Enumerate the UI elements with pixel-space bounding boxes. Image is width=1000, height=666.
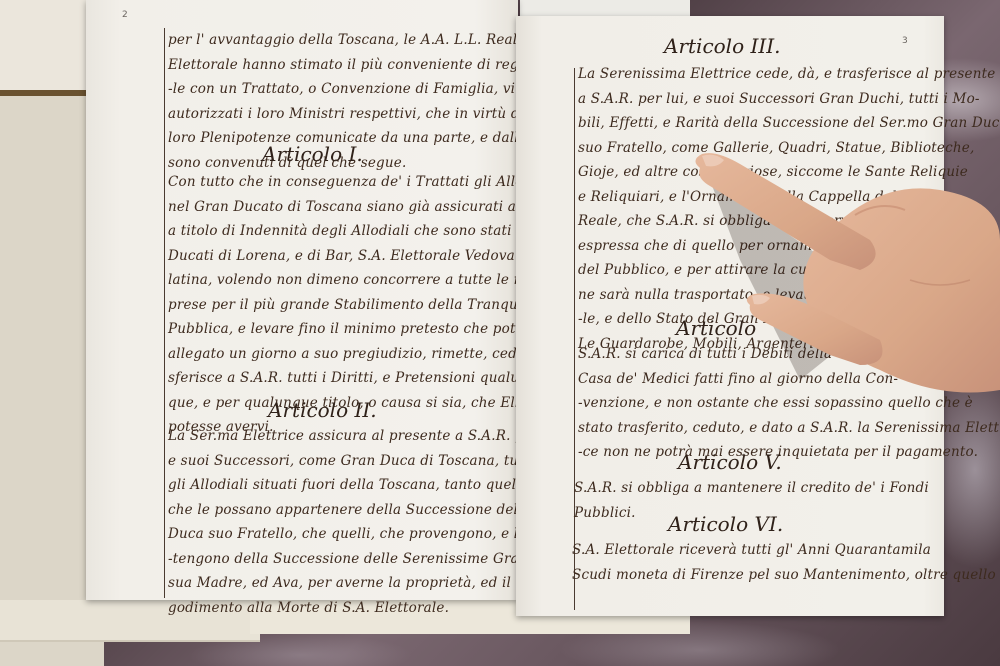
- intro-paragraph: per l' avvantaggio della Toscana, le A.A…: [168, 28, 563, 175]
- text-line: loro Plenipotenze comunicate da una part…: [168, 126, 563, 151]
- page-number: 2: [122, 10, 128, 20]
- text-line: per l' avvantaggio della Toscana, le A.A…: [168, 28, 563, 53]
- text-line: Scudi moneta di Firenze pel suo Mantenim…: [572, 563, 996, 588]
- text-line: La Serenissima Elettrice cede, dà, e tra…: [578, 62, 1000, 87]
- text-line: -ce non ne potrà mai essere inquietata p…: [578, 440, 1000, 465]
- text-line: S.A. Elettorale riceverà tutti gl' Anni …: [572, 538, 996, 563]
- article-body: S.A. Elettorale riceverà tutti gl' Anni …: [572, 538, 996, 587]
- article-heading: Articolo VI.: [668, 512, 783, 536]
- text-line: -le con un Trattato, o Convenzione di Fa…: [168, 77, 563, 102]
- page-number: 3: [902, 36, 908, 46]
- text-line: stato trasferito, ceduto, e dato a S.A.R…: [578, 416, 1000, 441]
- loose-sheet-top: [520, 0, 690, 16]
- article-heading: Articolo III.: [664, 34, 781, 58]
- margin-rule: [164, 28, 165, 598]
- manuscript-left-page: 2 per l' avvantaggio della Toscana, le A…: [86, 0, 518, 600]
- text-line: S.A.R. si obbliga a mantenere il credito…: [574, 476, 929, 501]
- text-line: bili, Effetti, e Rarità della Succession…: [578, 111, 1000, 136]
- text-line: Elettorale hanno stimato il più convenie…: [168, 53, 563, 78]
- margin-rule: [574, 68, 575, 610]
- article-heading: Articolo I.: [262, 142, 363, 166]
- article-heading: Articolo V.: [678, 450, 782, 474]
- article-heading: Articolo II.: [268, 398, 377, 422]
- text-line: a S.A.R. per lui, e suoi Successori Gran…: [578, 87, 1000, 112]
- pointing-hand-icon: [680, 140, 1000, 400]
- text-line: autorizzati i loro Ministri respettivi, …: [168, 102, 563, 127]
